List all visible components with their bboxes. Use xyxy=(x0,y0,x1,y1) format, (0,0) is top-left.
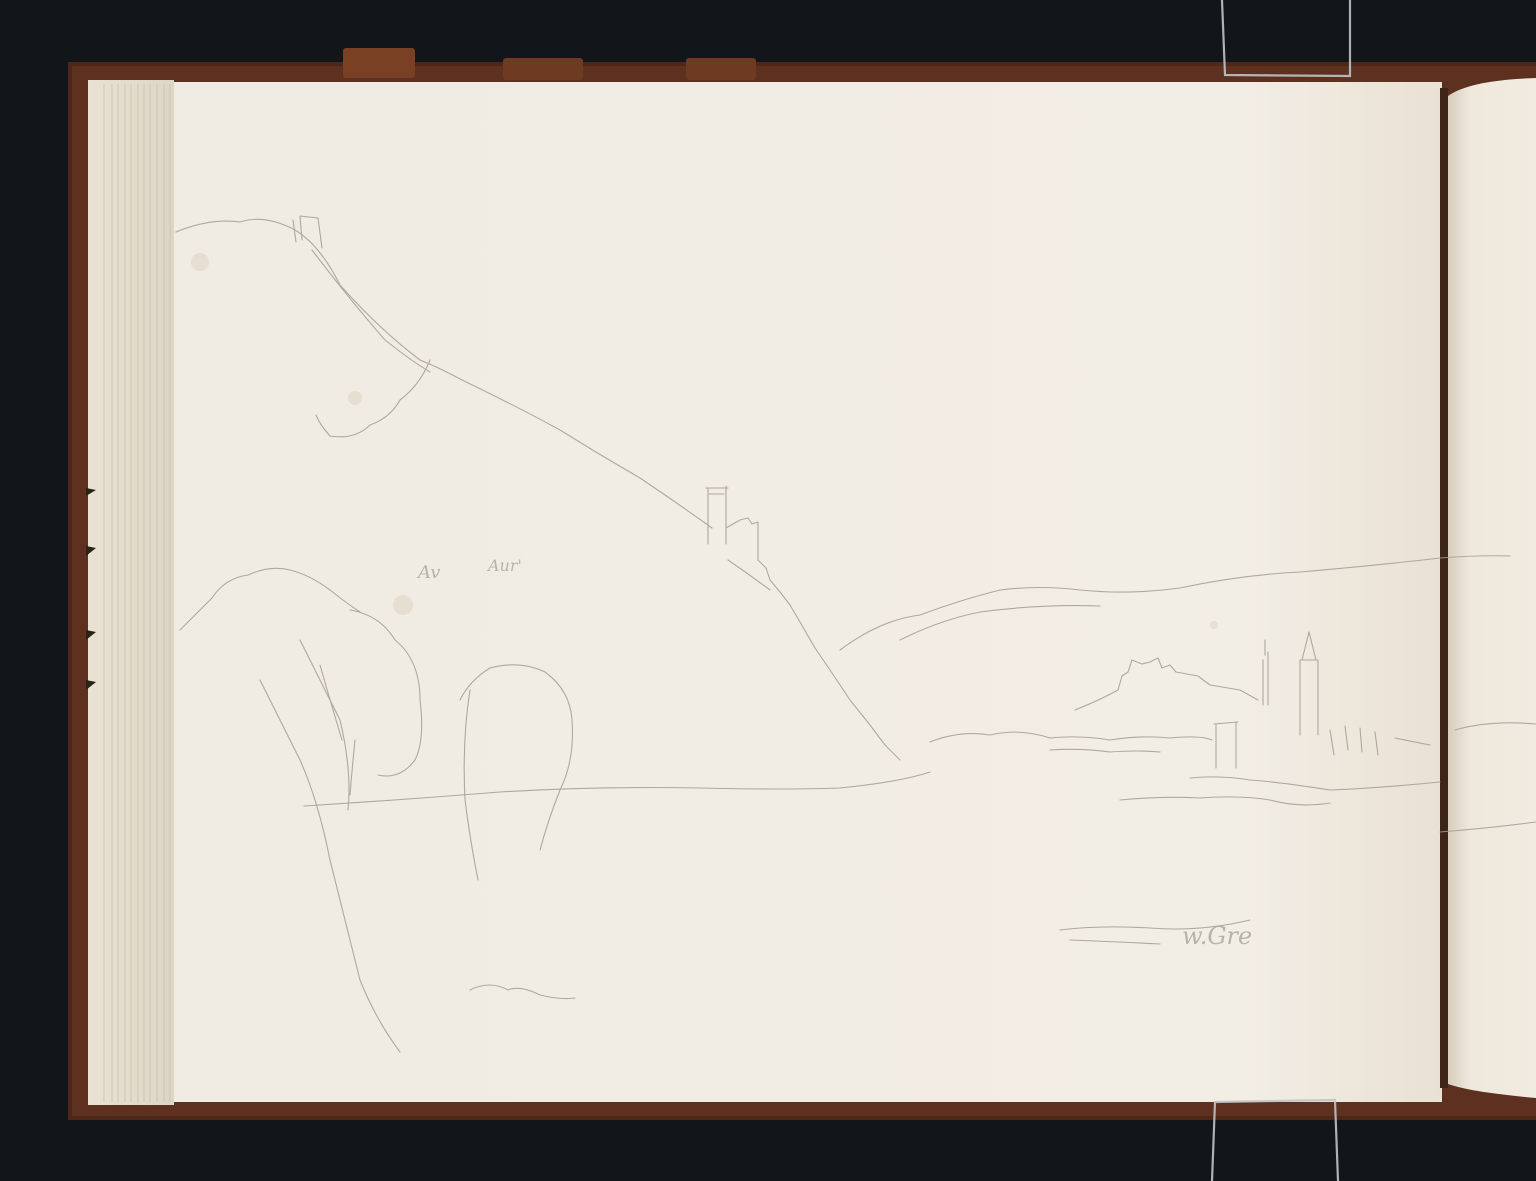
inscription-av: Av xyxy=(418,562,440,583)
gutter xyxy=(1440,88,1448,1088)
inscription-aur: Aur' xyxy=(488,556,522,575)
photo-stage: Av Aur' w.Gre xyxy=(0,0,1536,1181)
page-stack-edges xyxy=(86,80,174,1105)
next-page xyxy=(1448,78,1536,1098)
sketchbook-illustration xyxy=(0,0,1536,1181)
top-tab-3 xyxy=(686,58,756,80)
inscription-wgre: w.Gre xyxy=(1182,922,1252,950)
top-tab-2 xyxy=(503,58,583,80)
top-tab-1 xyxy=(343,48,415,78)
